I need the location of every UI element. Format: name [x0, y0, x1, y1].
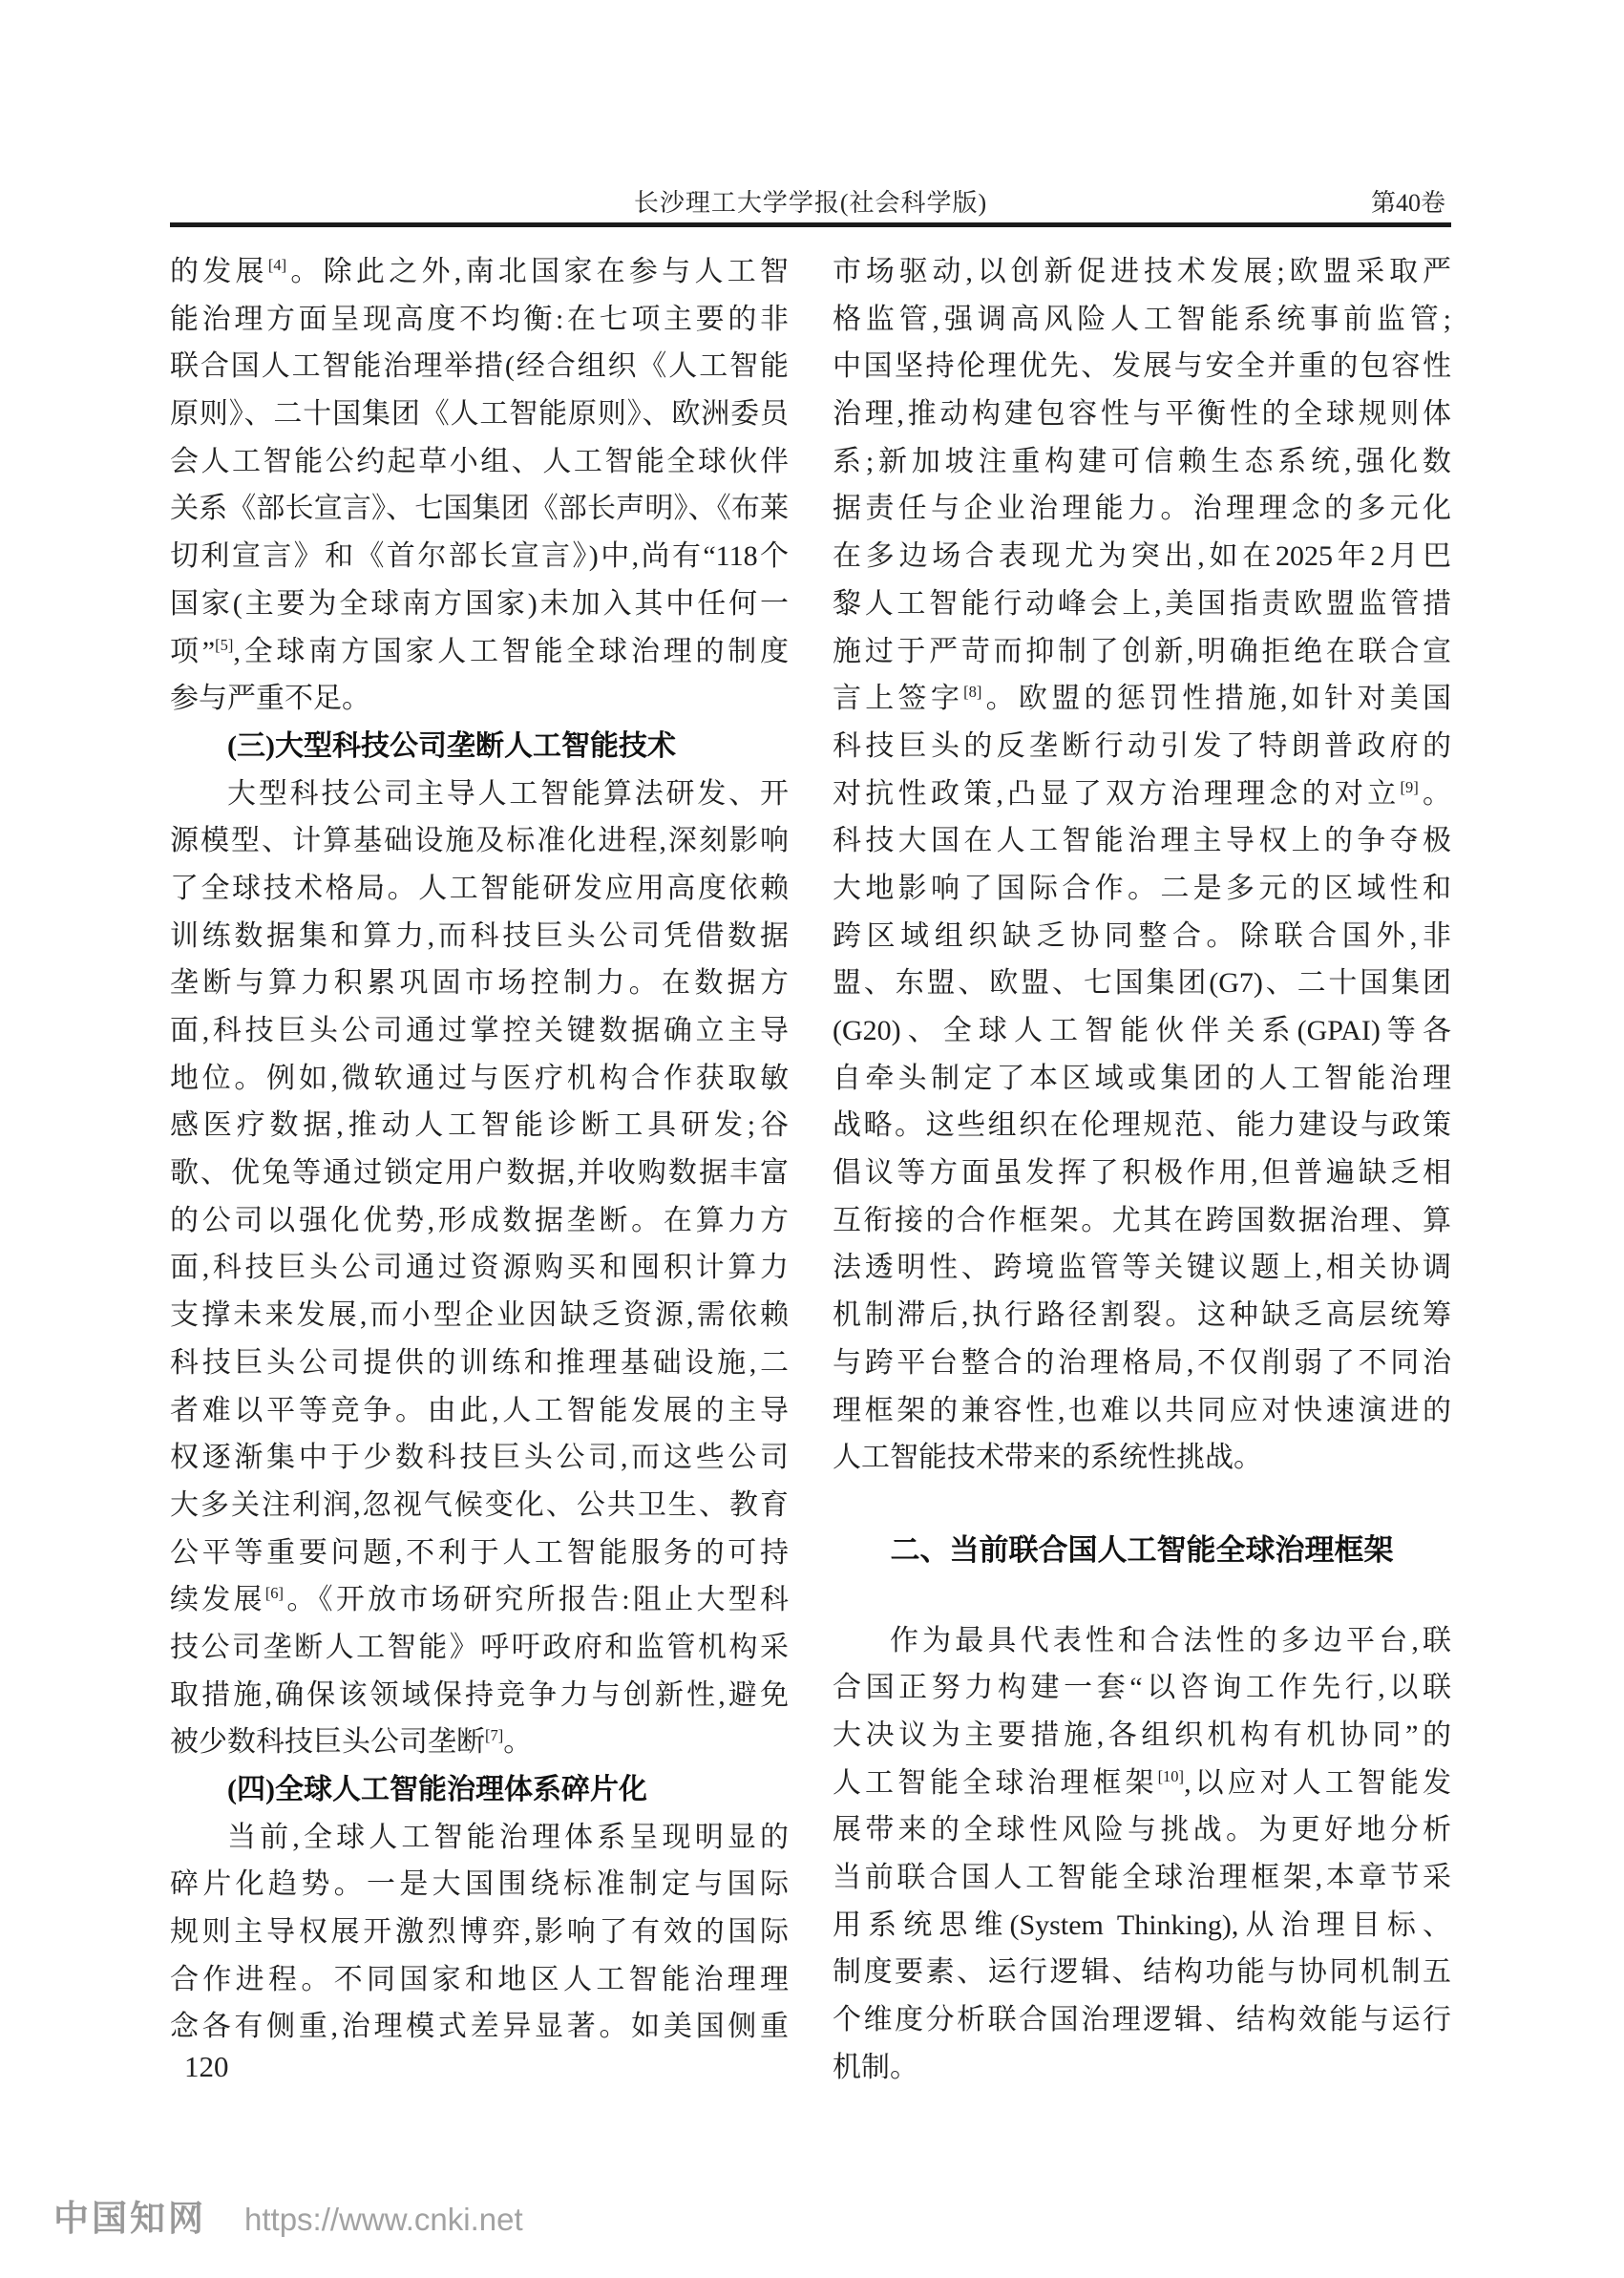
text-line: 的公司以强化优势,形成数据垄断。在算力方: [170, 1197, 789, 1245]
citation-ref: [9]: [1400, 778, 1418, 796]
citation-ref: [4]: [268, 256, 286, 274]
text-line: 制度要素、运行逻辑、结构功能与协同机制五: [833, 1949, 1451, 1996]
text-line: 被少数科技巨头公司垄断[7]。: [170, 1719, 789, 1766]
text-line: 大地影响了国际合作。二是多元的区域性和: [833, 865, 1451, 913]
text-line: 面,科技巨头公司通过掌控关键数据确立主导: [170, 1007, 789, 1055]
text-line: 中国坚持伦理优先、发展与安全并重的包容性: [833, 343, 1451, 390]
cnki-logo-text: 中国知网: [53, 2189, 206, 2241]
text-line: 机制滞后,执行路径割裂。这种缺乏高层统筹: [833, 1292, 1451, 1339]
text-line: 科技巨头公司提供的训练和推理基础设施,二: [170, 1339, 789, 1387]
text-line: 念各有侧重,治理模式差异显著。如美国侧重: [170, 2003, 789, 2051]
text-line: 大决议为主要措施,各组织机构有机协同”的: [833, 1712, 1451, 1760]
text-line: 的发展[4]。除此之外,南北国家在参与人工智: [170, 248, 789, 296]
text-line: 者难以平等竞争。由此,人工智能发展的主导: [170, 1387, 789, 1435]
text-line: 与跨平台整合的治理格局,不仅削弱了不同治: [833, 1339, 1451, 1387]
text-line: 项”[5],全球南方国家人工智能全球治理的制度: [170, 628, 789, 676]
text-line: 当前,全球人工智能治理体系呈现明显的: [170, 1814, 789, 1862]
text-line: 会人工智能公约起草小组、人工智能全球伙伴: [170, 438, 789, 486]
volume-label: 第40卷: [1371, 183, 1445, 219]
text-line: 互衔接的合作框架。尤其在跨国数据治理、算: [833, 1197, 1451, 1245]
article-body: 的发展[4]。除此之外,南北国家在参与人工智能治理方面呈现高度不均衡:在七项主要…: [170, 248, 1451, 2091]
text-line: 展带来的全球性风险与挑战。为更好地分析: [833, 1806, 1451, 1854]
text-line: 大型科技公司主导人工智能算法研发、开: [170, 770, 789, 818]
text-line: 技公司垄断人工智能》呼吁政府和监管机构采: [170, 1624, 789, 1672]
text-line: 人工智能全球治理框架[10],以应对人工智能发: [833, 1760, 1451, 1807]
text-line: 施过于严苛而抑制了创新,明确拒绝在联合宣: [833, 628, 1451, 676]
text-line: 垄断与算力积累巩固市场控制力。在数据方: [170, 960, 789, 1007]
text-line: 言上签字[8]。欧盟的惩罚性措施,如针对美国: [833, 675, 1451, 723]
citation-ref: [7]: [485, 1726, 503, 1744]
text-line: 机制。: [833, 2044, 1451, 2092]
text-line: 联合国人工智能治理举措(经合组织《人工智能: [170, 343, 789, 390]
sub-heading: (四)全球人工智能治理体系碎片化: [170, 1766, 789, 1814]
right-column: 市场驱动,以创新促进技术发展;欧盟采取严格监管,强调高风险人工智能系统事前监管;…: [833, 248, 1451, 2091]
text-line: 盟、东盟、欧盟、七国集团(G7)、二十国集团: [833, 960, 1451, 1007]
text-line: 倡议等方面虽发挥了积极作用,但普遍缺乏相: [833, 1150, 1451, 1197]
text-line: 个维度分析联合国治理逻辑、结构效能与运行: [833, 1996, 1451, 2044]
text-line: 在多边场合表现尤为突出,如在2025年2月巴: [833, 533, 1451, 580]
text-line: 对抗性政策,凸显了双方治理理念的对立[9]。: [833, 770, 1451, 818]
citation-ref: [10]: [1158, 1767, 1185, 1785]
text-line: 了全球技术格局。人工智能研发应用高度依赖: [170, 865, 789, 913]
text-line: 地位。例如,微软通过与医疗机构合作获取敏: [170, 1055, 789, 1103]
text-line: 跨区域组织缺乏协同整合。除联合国外,非: [833, 913, 1451, 960]
text-line: 当前联合国人工智能全球治理框架,本章节采: [833, 1854, 1451, 1902]
text-line: 公平等重要问题,不利于人工智能服务的可持: [170, 1529, 789, 1577]
text-line: 源模型、计算基础设施及标准化进程,深刻影响: [170, 817, 789, 865]
text-line: 科技大国在人工智能治理主导权上的争夺极: [833, 817, 1451, 865]
text-line: 规则主导权展开激烈博弈,影响了有效的国际: [170, 1909, 789, 1956]
journal-page: 长沙理工大学学报(社会科学版) 第40卷 的发展[4]。除此之外,南北国家在参与…: [0, 0, 1624, 2278]
text-line: 关系《部长宣言》、七国集团《部长声明》、《布莱: [170, 485, 789, 533]
text-line: 歌、优兔等通过锁定用户数据,并收购数据丰富: [170, 1150, 789, 1197]
text-line: (G20)、全球人工智能伙伴关系(GPAI)等各: [833, 1007, 1451, 1055]
text-line: 作为最具代表性和合法性的多边平台,联: [833, 1617, 1451, 1665]
text-line: 战略。这些组织在伦理规范、能力建设与政策: [833, 1102, 1451, 1150]
text-line: 治理,推动构建包容性与平衡性的全球规则体: [833, 390, 1451, 438]
text-line: 格监管,强调高风险人工智能系统事前监管;: [833, 296, 1451, 344]
text-line: 理框架的兼容性,也难以共同应对快速演进的: [833, 1387, 1451, 1435]
text-line: 法透明性、跨境监管等关键议题上,相关协调: [833, 1244, 1451, 1292]
left-column: 的发展[4]。除此之外,南北国家在参与人工智能治理方面呈现高度不均衡:在七项主要…: [170, 248, 789, 2091]
text-line: 人工智能技术带来的系统性挑战。: [833, 1434, 1451, 1482]
text-line: 切利宣言》和《首尔部长宣言》)中,尚有“118个: [170, 533, 789, 580]
text-line: 国家(主要为全球南方国家)未加入其中任何一: [170, 580, 789, 628]
text-line: 参与严重不足。: [170, 675, 789, 723]
text-line: 取措施,确保该领域保持竞争力与创新性,避免: [170, 1672, 789, 1719]
text-line: 市场驱动,以创新促进技术发展;欧盟采取严: [833, 248, 1451, 296]
cnki-watermark: 中国知网 https://www.cnki.net: [53, 2189, 523, 2241]
header-rule: [170, 222, 1451, 227]
text-line: 支撑未来发展,而小型企业因缺乏资源,需依赖: [170, 1292, 789, 1339]
sub-heading: (三)大型科技公司垄断人工智能技术: [170, 723, 789, 770]
cnki-url: https://www.cnki.net: [244, 2202, 523, 2238]
section-heading: 二、当前联合国人工智能全球治理框架: [833, 1482, 1451, 1617]
text-line: 大多关注利润,忽视气候变化、公共卫生、教育: [170, 1482, 789, 1529]
text-line: 能治理方面呈现高度不均衡:在七项主要的非: [170, 296, 789, 344]
text-line: 权逐渐集中于少数科技巨头公司,而这些公司: [170, 1434, 789, 1482]
page-header: 长沙理工大学学报(社会科学版) 第40卷: [170, 183, 1451, 220]
citation-ref: [5]: [215, 636, 233, 654]
text-line: 合作进程。不同国家和地区人工智能治理理: [170, 1956, 789, 2004]
text-line: 自牵头制定了本区域或集团的人工智能治理: [833, 1055, 1451, 1103]
text-line: 科技巨头的反垄断行动引发了特朗普政府的: [833, 723, 1451, 770]
text-line: 碎片化趋势。一是大国围绕标准制定与国际: [170, 1861, 789, 1909]
journal-title: 长沙理工大学学报(社会科学版): [170, 183, 1451, 219]
citation-ref: [8]: [963, 683, 981, 701]
text-line: 系;新加坡注重构建可信赖生态系统,强化数: [833, 438, 1451, 486]
text-line: 用系统思维(System Thinking),从治理目标、: [833, 1902, 1451, 1950]
citation-ref: [6]: [265, 1584, 284, 1602]
page-number: 120: [184, 2043, 229, 2091]
text-line: 据责任与企业治理能力。治理理念的多元化: [833, 485, 1451, 533]
text-line: 黎人工智能行动峰会上,美国指责欧盟监管措: [833, 580, 1451, 628]
text-line: 合国正努力构建一套“以咨询工作先行,以联: [833, 1664, 1451, 1712]
text-line: 训练数据集和算力,而科技巨头公司凭借数据: [170, 913, 789, 960]
text-line: 续发展[6]。《开放市场研究所报告:阻止大型科: [170, 1576, 789, 1624]
text-line: 感医疗数据,推动人工智能诊断工具研发;谷: [170, 1102, 789, 1150]
text-line: 面,科技巨头公司通过资源购买和囤积计算力: [170, 1244, 789, 1292]
text-line: 原则》、二十国集团《人工智能原则》、欧洲委员: [170, 390, 789, 438]
